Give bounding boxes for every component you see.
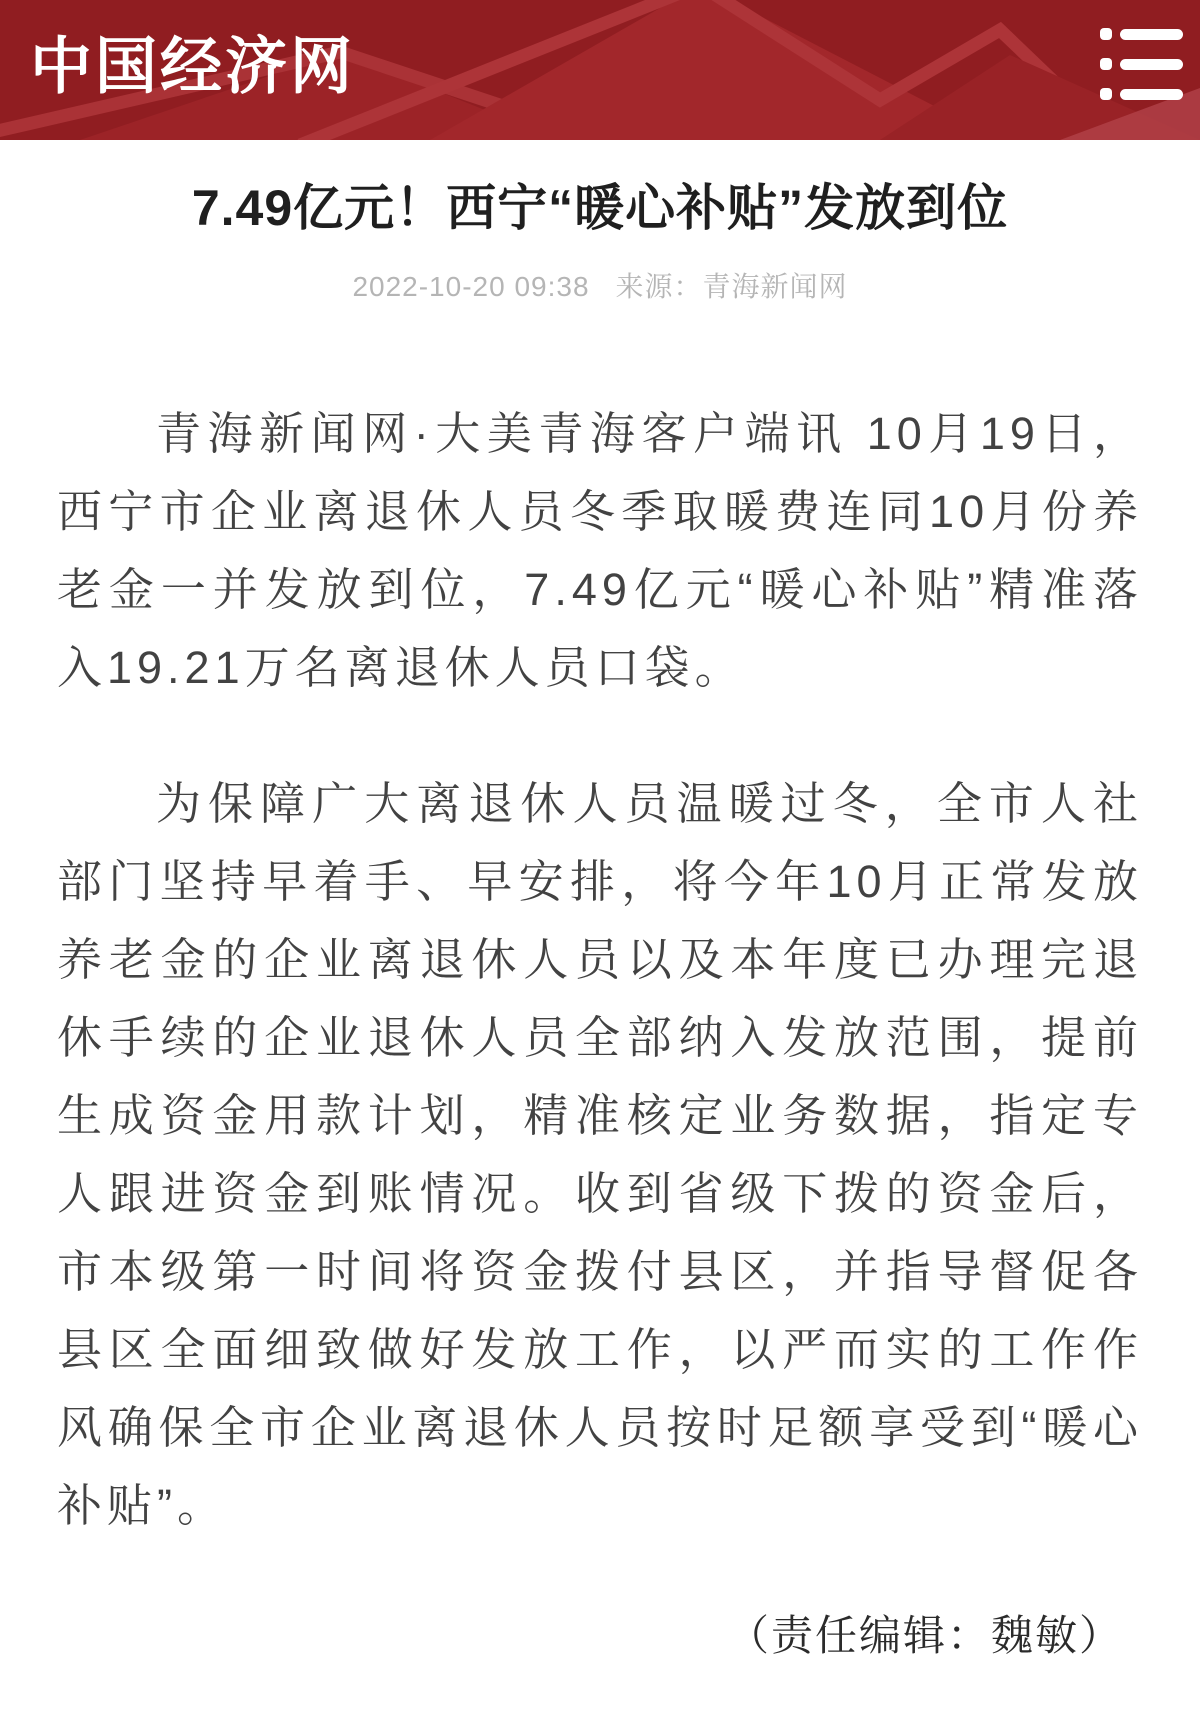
site-logo[interactable]: 中国经济网 <box>30 37 355 99</box>
site-header: 中国经济网 <box>0 0 1200 140</box>
menu-dot-icon <box>1100 58 1112 70</box>
article-title: 7.49亿元！西宁“暖心补贴”发放到位 <box>57 176 1143 241</box>
editor-note: （责任编辑：魏敏） <box>57 1603 1143 1663</box>
article-meta: 2022-10-20 09:38来源：青海新闻网 <box>57 265 1143 305</box>
publish-date: 2022-10-20 09:38 <box>352 271 589 302</box>
menu-dot-icon <box>1100 88 1112 100</box>
paragraph: 青海新闻网·大美青海客户端讯 10月19日，西宁市企业离退休人员冬季取暖费连同1… <box>57 395 1143 707</box>
source-name: 青海新闻网 <box>703 271 848 302</box>
article-page: 7.49亿元！西宁“暖心补贴”发放到位 2022-10-20 09:38来源：青… <box>0 140 1200 1713</box>
menu-icon[interactable] <box>1100 28 1183 100</box>
menu-bar-icon <box>1120 59 1183 70</box>
menu-icon-row <box>1100 28 1183 40</box>
menu-icon-row <box>1100 88 1183 100</box>
paragraph: 为保障广大离退休人员温暖过冬，全市人社部门坚持早着手、早安排，将今年10月正常发… <box>57 765 1143 1545</box>
article-body: 青海新闻网·大美青海客户端讯 10月19日，西宁市企业离退休人员冬季取暖费连同1… <box>57 395 1143 1545</box>
source-label: 来源： <box>616 271 703 302</box>
menu-bar-icon <box>1120 29 1183 40</box>
menu-bar-icon <box>1120 89 1183 100</box>
menu-dot-icon <box>1100 28 1112 40</box>
menu-icon-row <box>1100 58 1183 70</box>
